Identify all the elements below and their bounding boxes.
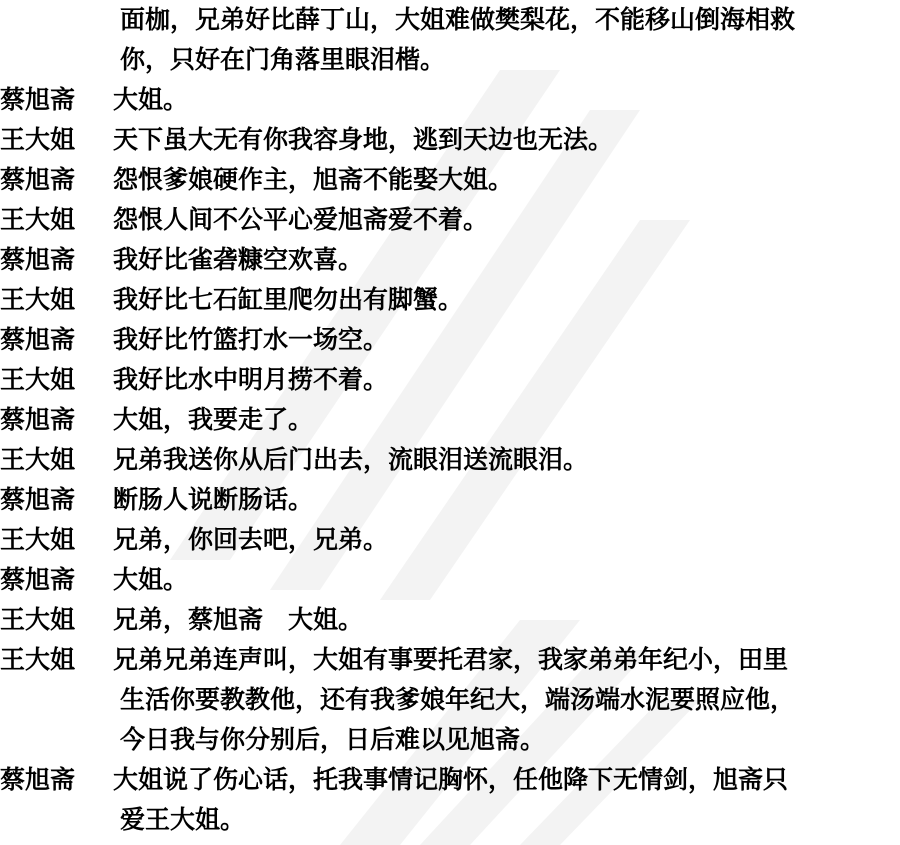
dialogue-text: 兄弟，蔡旭斋 大姐。 [113, 600, 363, 640]
speaker-name: 蔡旭斋 [0, 400, 75, 440]
dialogue-text: 怨恨爹娘硬作主，旭斋不能娶大姐。 [113, 160, 513, 200]
speaker-name: 蔡旭斋 [0, 320, 75, 360]
script-line: 王大姐 兄弟，蔡旭斋 大姐。 [0, 600, 900, 640]
script-line: 蔡旭斋 大姐，我要走了。 [0, 400, 900, 440]
dialogue-text: 大姐。 [113, 80, 188, 120]
dialogue-text: 天下虽大无有你我容身地，逃到天边也无法。 [113, 120, 613, 160]
dialogue-text: 我好比竹篮打水一场空。 [113, 320, 388, 360]
dialogue-continuation: 你，只好在门角落里眼泪楷。 [120, 40, 445, 80]
script-line: 蔡旭斋 大姐说了伤心话，托我事情记胸怀，任他降下无情剑，旭斋只 [0, 760, 900, 800]
script-line: 爱王大姐。 [0, 800, 900, 840]
speaker-name: 蔡旭斋 [0, 240, 75, 280]
speaker-name: 王大姐 [0, 600, 75, 640]
dialogue-text: 断肠人说断肠话。 [113, 480, 313, 520]
speaker-name: 王大姐 [0, 360, 75, 400]
dialogue-text: 我好比七石缸里爬勿出有脚蟹。 [113, 280, 463, 320]
dialogue-text: 大姐。 [113, 560, 188, 600]
script-line: 王大姐 兄弟，你回去吧，兄弟。 [0, 520, 900, 560]
dialogue-text: 我好比雀砻糠空欢喜。 [113, 240, 363, 280]
script-line: 你，只好在门角落里眼泪楷。 [0, 40, 900, 80]
speaker-name: 王大姐 [0, 520, 75, 560]
script-line: 蔡旭斋 我好比雀砻糠空欢喜。 [0, 240, 900, 280]
dialogue-text: 兄弟兄弟连声叫，大姐有事要托君家，我家弟弟年纪小，田里 [113, 640, 788, 680]
speaker-name: 王大姐 [0, 440, 75, 480]
dialogue-text: 怨恨人间不公平心爱旭斋爱不着。 [113, 200, 488, 240]
speaker-name: 蔡旭斋 [0, 80, 75, 120]
dialogue-text: 大姐，我要走了。 [113, 400, 313, 440]
script-line: 王大姐 兄弟我送你从后门出去，流眼泪送流眼泪。 [0, 440, 900, 480]
script-line: 王大姐 我好比七石缸里爬勿出有脚蟹。 [0, 280, 900, 320]
speaker-name: 王大姐 [0, 640, 75, 680]
speaker-name: 王大姐 [0, 120, 75, 160]
script-line: 面枷，兄弟好比薛丁山，大姐难做樊梨花，不能移山倒海相救 [0, 0, 900, 40]
dialogue-text: 我好比水中明月捞不着。 [113, 360, 388, 400]
speaker-name: 王大姐 [0, 200, 75, 240]
dialogue-continuation: 爱王大姐。 [120, 800, 245, 840]
speaker-name: 王大姐 [0, 280, 75, 320]
script-document: 面枷，兄弟好比薛丁山，大姐难做樊梨花，不能移山倒海相救 你，只好在门角落里眼泪楷… [0, 0, 900, 840]
script-line: 蔡旭斋 断肠人说断肠话。 [0, 480, 900, 520]
speaker-name: 蔡旭斋 [0, 760, 75, 800]
script-line: 王大姐 天下虽大无有你我容身地，逃到天边也无法。 [0, 120, 900, 160]
script-line: 蔡旭斋 大姐。 [0, 560, 900, 600]
speaker-name: 蔡旭斋 [0, 160, 75, 200]
dialogue-continuation: 面枷，兄弟好比薛丁山，大姐难做樊梨花，不能移山倒海相救 [120, 0, 795, 40]
dialogue-continuation: 今日我与你分别后，日后难以见旭斋。 [120, 720, 545, 760]
speaker-name: 蔡旭斋 [0, 480, 75, 520]
dialogue-text: 兄弟我送你从后门出去，流眼泪送流眼泪。 [113, 440, 588, 480]
speaker-name: 蔡旭斋 [0, 560, 75, 600]
script-line: 蔡旭斋 怨恨爹娘硬作主，旭斋不能娶大姐。 [0, 160, 900, 200]
dialogue-text: 兄弟，你回去吧，兄弟。 [113, 520, 388, 560]
script-line: 蔡旭斋 我好比竹篮打水一场空。 [0, 320, 900, 360]
script-line: 王大姐 我好比水中明月捞不着。 [0, 360, 900, 400]
dialogue-continuation: 生活你要教教他，还有我爹娘年纪大，端汤端水泥要照应他， [120, 680, 795, 720]
script-line: 蔡旭斋 大姐。 [0, 80, 900, 120]
dialogue-text: 大姐说了伤心话，托我事情记胸怀，任他降下无情剑，旭斋只 [113, 760, 788, 800]
script-line: 今日我与你分别后，日后难以见旭斋。 [0, 720, 900, 760]
script-line: 王大姐 怨恨人间不公平心爱旭斋爱不着。 [0, 200, 900, 240]
script-line: 王大姐 兄弟兄弟连声叫，大姐有事要托君家，我家弟弟年纪小，田里 [0, 640, 900, 680]
script-line: 生活你要教教他，还有我爹娘年纪大，端汤端水泥要照应他， [0, 680, 900, 720]
